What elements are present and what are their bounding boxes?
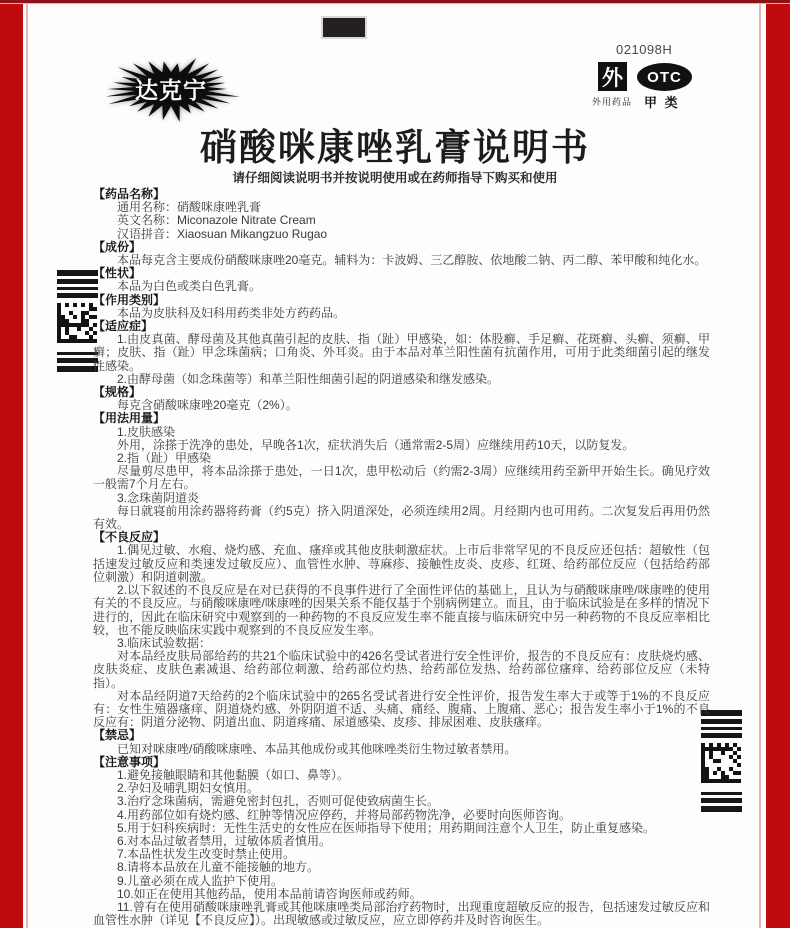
section-paragraph: 尽量剪尽患甲，将本品涂搽于患处，一日1次，患甲松动后（约需2-3周）应继续用药至… <box>93 465 710 491</box>
section-heading: 【注意事项】 <box>93 756 710 769</box>
red-border-left <box>0 0 23 928</box>
print-bar <box>57 287 98 290</box>
section-paragraph: 每克含硝酸咪康唑20毫克（2%）。 <box>93 399 710 412</box>
print-bar <box>57 293 98 298</box>
brand-name: 达克宁 <box>135 77 207 103</box>
print-bar <box>57 366 98 372</box>
section-paragraph: 每日就寝前用涂药器将药膏（约5克）挤入阴道深处，必须连续用2周。月经期内也可用药… <box>93 505 710 531</box>
section-paragraph: 2.以下叙述的不良反应是在对已获得的不良事件进行了全面性评估的基础上，且认为与硝… <box>93 584 710 637</box>
page-title: 硝酸咪康唑乳膏说明书 <box>30 117 760 171</box>
leaflet-page: 达克宁 021098H 外 OTC 外用药品 甲 类 硝酸咪康唑乳膏说明书 请仔… <box>0 0 790 928</box>
page-subtitle: 请仔细阅读说明书并按说明使用或在药师指导下购买和使用 <box>30 168 760 186</box>
section-paragraph: 5.用于妇科疾病时：无性生活史的女性应在医师指导下使用；用药期间注意个人卫生，防… <box>93 822 710 835</box>
section-paragraph: 英文名称：Miconazole Nitrate Cream <box>93 214 710 227</box>
section-paragraph: 3.治疗念珠菌病，需避免密封包扎，否则可促使致病菌生长。 <box>93 795 710 808</box>
print-bar <box>57 358 98 363</box>
datamatrix-icon <box>57 303 97 343</box>
section-heading: 【禁忌】 <box>93 729 710 742</box>
leaflet-body: 【药品名称】通用名称：硝酸咪康唑乳膏英文名称：Miconazole Nitrat… <box>93 188 710 927</box>
section-heading: 【作用类别】 <box>93 294 710 307</box>
section-paragraph: 8.请将本品放在儿童不能接触的地方。 <box>93 861 710 874</box>
print-bar <box>57 270 98 276</box>
red-border-right <box>766 0 790 928</box>
section-paragraph: 本品为皮肤科及妇科用药类非处方药药品。 <box>93 307 710 320</box>
section-paragraph: 10.如正在使用其他药品，使用本品前请咨询医师或药师。 <box>93 888 710 901</box>
section-heading: 【用法用量】 <box>93 412 710 425</box>
section-paragraph: 已知对咪康唑/硝酸咪康唑、本品其他成份或其他咪唑类衍生物过敏者禁用。 <box>93 743 710 756</box>
section-paragraph: 11.曾有在使用硝酸咪康唑乳膏或其他咪康唑类局部治疗药物时，出现重度超敏反应的报… <box>93 901 710 927</box>
section-paragraph: 汉语拼音：Xiaosuan Mikangzuo Rugao <box>93 228 710 241</box>
print-bar <box>57 352 98 355</box>
section-paragraph: 本品为白色或类白色乳膏。 <box>93 280 710 293</box>
external-use-caption: 外用药品 <box>592 95 636 108</box>
approval-code: 021098H <box>616 42 696 57</box>
section-paragraph: 3.念珠菌阴道炎 <box>93 492 710 505</box>
print-mark-left <box>57 270 98 375</box>
section-paragraph: 4.用药部位如有烧灼感、红肿等情况应停药，并将局部药物洗净，必要时向医师咨询。 <box>93 809 710 822</box>
section-paragraph: 2.由酵母菌（如念珠菌等）和革兰阳性细菌引起的阴道感染和继发感染。 <box>93 373 710 386</box>
page-edge-left <box>26 4 28 928</box>
section-paragraph: 1.皮肤感染 <box>93 426 710 439</box>
otc-class-label: 甲 类 <box>644 92 694 111</box>
external-use-badge-icon: 外 <box>598 62 627 91</box>
section-paragraph: 9.儿童必须在成人监护下使用。 <box>93 875 710 888</box>
otc-badge-icon: OTC <box>637 63 692 91</box>
section-paragraph: 对本品经皮肤局部给药的共21个临床试验中的426名受试者进行安全性评价，报告的不… <box>93 650 710 690</box>
registration-bar-icon <box>323 18 365 37</box>
section-paragraph: 1.由皮真菌、酵母菌及其他真菌引起的皮肤、指（趾）甲感染，如：体股癣、手足癣、花… <box>93 333 710 373</box>
section-paragraph: 1.偶见过敏、水疱、烧灼感、充血、瘙痒或其他皮肤刺激症状。上市后非常罕见的不良反… <box>93 544 710 584</box>
red-border-top-shadow <box>0 3 790 4</box>
print-bar <box>57 279 98 284</box>
section-paragraph: 对本品经阴道7天给药的2个临床试验中的265名受试者进行安全性评价，报告发生率大… <box>93 690 710 730</box>
section-paragraph: 本品每克含主要成份硝酸咪康唑20毫克。辅料为：卡波姆、三乙醇胺、依地酸二钠、丙二… <box>93 254 710 267</box>
